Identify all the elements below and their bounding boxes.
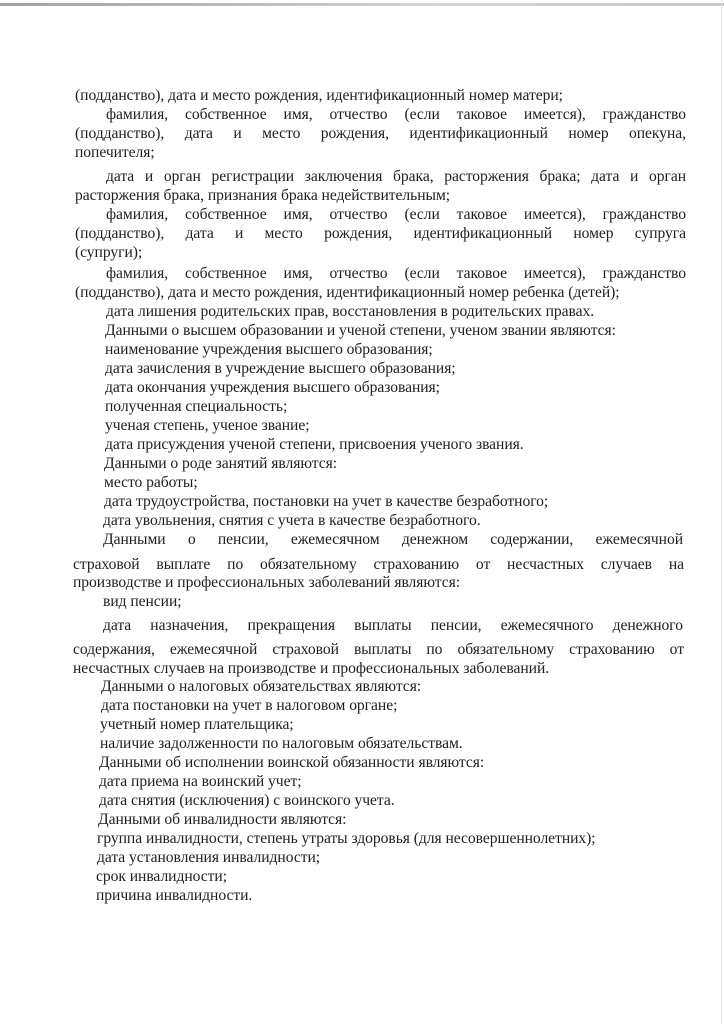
document-text-line: страховой выплате по обязательному страх… <box>73 556 684 574</box>
document-text-line: срок инвалидности; <box>96 868 227 886</box>
document-text-line: дата зачисления в учреждение высшего обр… <box>105 360 456 378</box>
document-text-line: полученная специальность; <box>105 398 287 416</box>
document-text-line: производстве и профессиональных заболева… <box>73 574 460 592</box>
document-text-line: дата трудоустройства, постановки на учет… <box>104 493 548 511</box>
document-text-line: фамилия, собственное имя, отчество (если… <box>106 265 686 283</box>
document-text-line: Данными об исполнении воинской обязаннос… <box>99 754 484 772</box>
document-text-line: наличие задолженности по налоговым обяза… <box>100 735 463 753</box>
document-text-line: Данными о налоговых обязательствах являю… <box>101 678 421 696</box>
document-text-line: дата присуждения ученой степени, присвое… <box>105 436 524 454</box>
document-text-line: учетный номер плательщика; <box>100 716 294 734</box>
document-text-line: причина инвалидности. <box>96 887 252 905</box>
document-text-line: Данными о роде занятий являются: <box>104 455 337 473</box>
document-text-line: группа инвалидности, степень утраты здор… <box>97 830 596 848</box>
document-text-line: дата установления инвалидности; <box>97 849 320 867</box>
document-text-line: (подданство), дата и место рождения, иде… <box>75 87 563 105</box>
document-text-line: (подданство), дата и место рождения, иде… <box>75 225 686 243</box>
document-text-line: дата окончания учреждения высшего образо… <box>105 379 440 397</box>
document-text-line: дата постановки на учет в налоговом орга… <box>101 697 397 715</box>
document-text-line: дата увольнения, снятия с учета в качест… <box>103 512 481 530</box>
document-text-line: дата назначения, прекращения выплаты пен… <box>103 617 683 635</box>
document-text-line: вид пенсии; <box>103 593 182 611</box>
document-text-line: несчастных случаев на производстве и про… <box>73 660 549 678</box>
document-text-line: дата снятия (исключения) с воинского уче… <box>99 792 395 810</box>
document-text-line: дата приема на воинский учет; <box>99 773 302 791</box>
document-text-line: (супруги); <box>75 244 142 262</box>
document-text-line: содержания, ежемесячной страховой выплат… <box>73 641 684 659</box>
document-text-line: Данными о высшем образовании и ученой ст… <box>105 322 616 340</box>
document-text-line: место работы; <box>104 474 198 492</box>
document-text-line: Данными об инвалидности являются: <box>98 811 346 829</box>
document-text-line: (подданство), дата и место рождения, иде… <box>75 125 686 143</box>
document-text-line: фамилия, собственное имя, отчество (если… <box>106 106 686 124</box>
document-page: (подданство), дата и место рождения, иде… <box>0 0 724 1024</box>
document-text-line: расторжения брака, признания брака недей… <box>75 187 450 205</box>
document-text-line: наименование учреждения высшего образова… <box>105 341 433 359</box>
document-text-line: дата и орган регистрации заключения брак… <box>106 168 686 186</box>
document-text-line: дата лишения родительских прав, восстано… <box>106 303 594 321</box>
document-text-line: ученая степень, ученое звание; <box>105 417 309 435</box>
document-text-line: фамилия, собственное имя, отчество (если… <box>106 206 686 224</box>
document-text-line: (подданство), дата и место рождения, иде… <box>75 284 620 302</box>
document-text-line: попечителя; <box>75 144 155 162</box>
document-text-line: Данными о пенсии, ежемесячном денежном с… <box>103 531 683 549</box>
